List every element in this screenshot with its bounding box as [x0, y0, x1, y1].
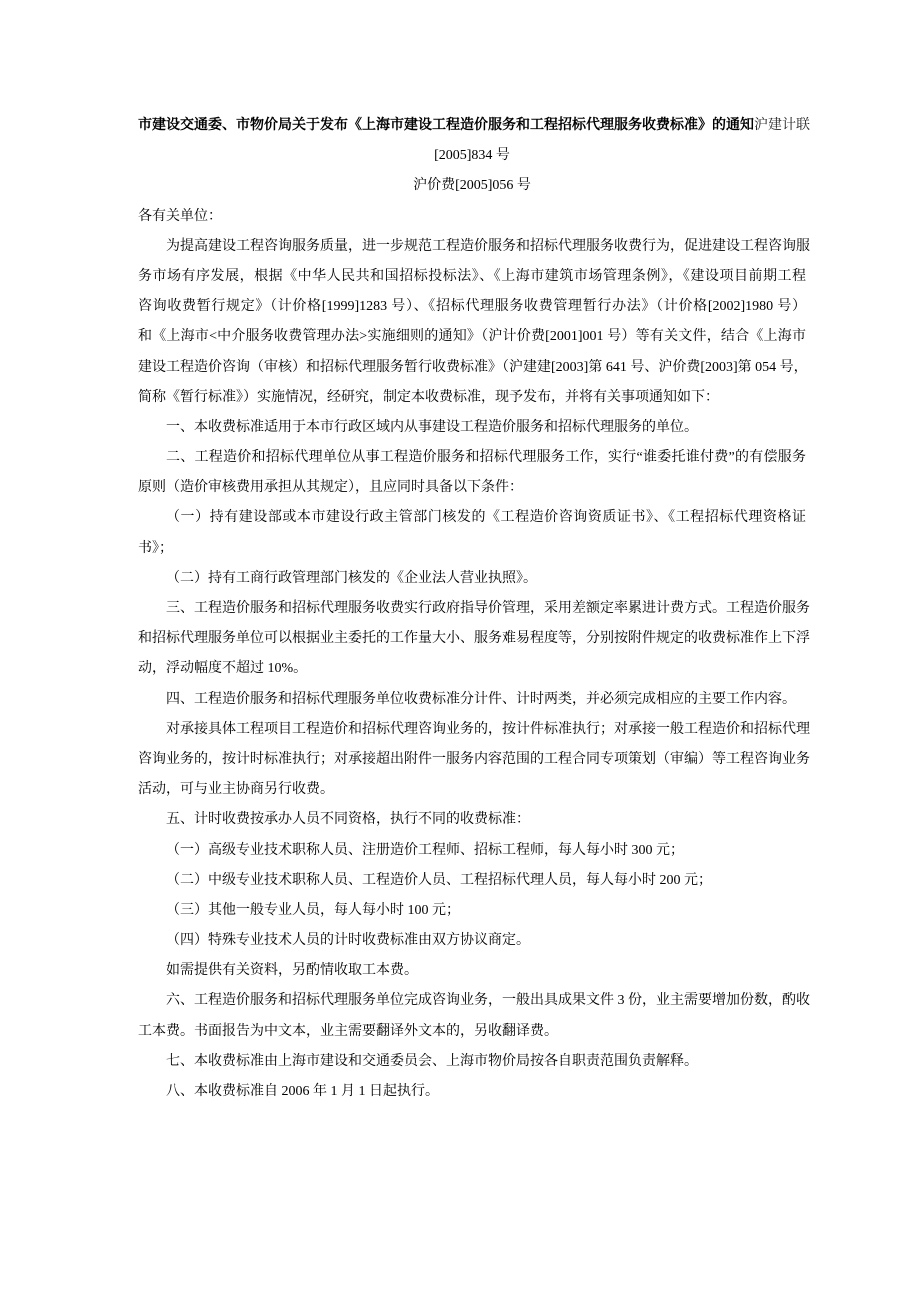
paragraph-line: 和招标代理服务单位可以根据业主委托的工作量大小、服务难易程度等，分别按附件规定的…	[138, 624, 806, 654]
paragraph-line: 八、本收费标准自 2006 年 1 月 1 日起执行。	[138, 1077, 806, 1107]
paragraph-item-5: 五、计时收费按承办人员不同资格，执行不同的收费标准：	[138, 805, 806, 835]
paragraph-line: 动，浮动幅度不超过 10%。	[138, 654, 806, 684]
paragraph-line: 务市场有序发展，根据《中华人民共和国招标投标法》、《上海市建筑市场管理条例》，《…	[138, 262, 806, 292]
paragraph-item-5-sub-2: （二）中级专业技术职称人员、工程造价人员、工程招标代理人员，每人每小时 200 …	[138, 866, 806, 896]
document-title: 市建设交通委、市物价局关于发布《上海市建设工程造价服务和工程招标代理服务收费标准…	[138, 118, 754, 133]
paragraph-line: （二）持有工商行政管理部门核发的《企业法人营业执照》。	[138, 564, 806, 594]
paragraph-item-3: 三、工程造价服务和招标代理服务收费实行政府指导价管理，采用差额定率累进计费方式。…	[138, 594, 806, 685]
paragraph-item-2: 二、工程造价和招标代理单位从事工程造价服务和招标代理服务工作，实行“谁委托谁付费…	[138, 443, 806, 503]
document-header: 市建设交通委、市物价局关于发布《上海市建设工程造价服务和工程招标代理服务收费标准…	[138, 111, 806, 202]
paragraph-line: （二）中级专业技术职称人员、工程造价人员、工程招标代理人员，每人每小时 200 …	[138, 866, 806, 896]
paragraph-item-4-detail: 对承接具体工程项目工程造价和招标代理咨询业务的，按计件标准执行；对承接一般工程造…	[138, 715, 806, 806]
paragraph-line: 七、本收费标准由上海市建设和交通委员会、上海市物价局按各自职责范围负责解释。	[138, 1047, 806, 1077]
paragraph-item-5-sub-4: （四）特殊专业技术人员的计时收费标准由双方协议商定。	[138, 926, 806, 956]
salutation: 各有关单位：	[138, 202, 806, 232]
paragraph-item-4: 四、工程造价服务和招标代理服务单位收费标准分计件、计时两类，并必须完成相应的主要…	[138, 685, 806, 715]
title-line: 市建设交通委、市物价局关于发布《上海市建设工程造价服务和工程招标代理服务收费标准…	[138, 111, 806, 141]
document-ref-number: [2005]834 号	[138, 141, 806, 171]
document-ref-prefix: 沪建计联	[754, 118, 810, 133]
paragraph-line: 二、工程造价和招标代理单位从事工程造价服务和招标代理服务工作，实行“谁委托谁付费…	[138, 443, 806, 473]
paragraph-line: 为提高建设工程咨询服务质量，进一步规范工程造价服务和招标代理服务收费行为，促进建…	[138, 232, 806, 262]
paragraph-line: （三）其他一般专业人员，每人每小时 100 元；	[138, 896, 806, 926]
paragraph-line: 四、工程造价服务和招标代理服务单位收费标准分计件、计时两类，并必须完成相应的主要…	[138, 685, 806, 715]
paragraph-line: 活动，可与业主协商另行收费。	[138, 775, 806, 805]
paragraph-line: 咨询收费暂行规定》（计价格[1999]1283 号）、《招标代理服务收费管理暂行…	[138, 292, 806, 322]
document-body: 市建设交通委、市物价局关于发布《上海市建设工程造价服务和工程招标代理服务收费标准…	[138, 111, 806, 1107]
paragraph-item-2-sub-2: （二）持有工商行政管理部门核发的《企业法人营业执照》。	[138, 564, 806, 594]
document-price-ref-number: 沪价费[2005]056 号	[138, 171, 806, 201]
paragraph-line: 对承接具体工程项目工程造价和招标代理咨询业务的，按计件标准执行；对承接一般工程造…	[138, 715, 806, 745]
paragraph-line: （一）持有建设部或本市建设行政主管部门核发的《工程造价咨询资质证书》、《工程招标…	[138, 503, 806, 533]
paragraph-line: （四）特殊专业技术人员的计时收费标准由双方协议商定。	[138, 926, 806, 956]
document-page: 市建设交通委、市物价局关于发布《上海市建设工程造价服务和工程招标代理服务收费标准…	[0, 0, 920, 1302]
paragraph-line: 一、本收费标准适用于本市行政区域内从事建设工程造价服务和招标代理服务的单位。	[138, 413, 806, 443]
paragraph-item-5-note: 如需提供有关资料，另酌情收取工本费。	[138, 956, 806, 986]
paragraph-line: 建设工程造价咨询（审核）和招标代理服务暂行收费标准》（沪建建[2003]第 64…	[138, 353, 806, 383]
paragraph-line: 简称《暂行标准》）实施情况，经研究，制定本收费标准，现予发布，并将有关事项通知如…	[138, 383, 806, 413]
paragraph-line: 咨询业务的，按计时标准执行；对承接超出附件一服务内容范围的工程合同专项策划（审编…	[138, 745, 806, 775]
paragraph-line: 五、计时收费按承办人员不同资格，执行不同的收费标准：	[138, 805, 806, 835]
paragraph-line: 原则（造价审核费用承担从其规定），且应同时具备以下条件：	[138, 473, 806, 503]
paragraph-item-5-sub-3: （三）其他一般专业人员，每人每小时 100 元；	[138, 896, 806, 926]
paragraph-line: 六、工程造价服务和招标代理服务单位完成咨询业务，一般出具成果文件 3 份，业主需…	[138, 986, 806, 1016]
paragraph-item-7: 七、本收费标准由上海市建设和交通委员会、上海市物价局按各自职责范围负责解释。	[138, 1047, 806, 1077]
paragraph-line: 三、工程造价服务和招标代理服务收费实行政府指导价管理，采用差额定率累进计费方式。…	[138, 594, 806, 624]
paragraph-line: 书》；	[138, 534, 806, 564]
paragraph-item-5-sub-1: （一）高级专业技术职称人员、注册造价工程师、招标工程师，每人每小时 300 元；	[138, 836, 806, 866]
paragraph-line: 和《上海市<中介服务收费管理办法>实施细则的通知》（沪计价费[2001]001 …	[138, 322, 806, 352]
paragraph-item-6: 六、工程造价服务和招标代理服务单位完成咨询业务，一般出具成果文件 3 份，业主需…	[138, 986, 806, 1046]
paragraph-line: 如需提供有关资料，另酌情收取工本费。	[138, 956, 806, 986]
paragraph-line: （一）高级专业技术职称人员、注册造价工程师、招标工程师，每人每小时 300 元；	[138, 836, 806, 866]
paragraph-line: 工本费。书面报告为中文本，业主需要翻译外文本的，另收翻译费。	[138, 1017, 806, 1047]
paragraph-preamble: 为提高建设工程咨询服务质量，进一步规范工程造价服务和招标代理服务收费行为，促进建…	[138, 232, 806, 413]
paragraph-item-8: 八、本收费标准自 2006 年 1 月 1 日起执行。	[138, 1077, 806, 1107]
paragraph-item-1: 一、本收费标准适用于本市行政区域内从事建设工程造价服务和招标代理服务的单位。	[138, 413, 806, 443]
paragraph-item-2-sub-1: （一）持有建设部或本市建设行政主管部门核发的《工程造价咨询资质证书》、《工程招标…	[138, 503, 806, 563]
